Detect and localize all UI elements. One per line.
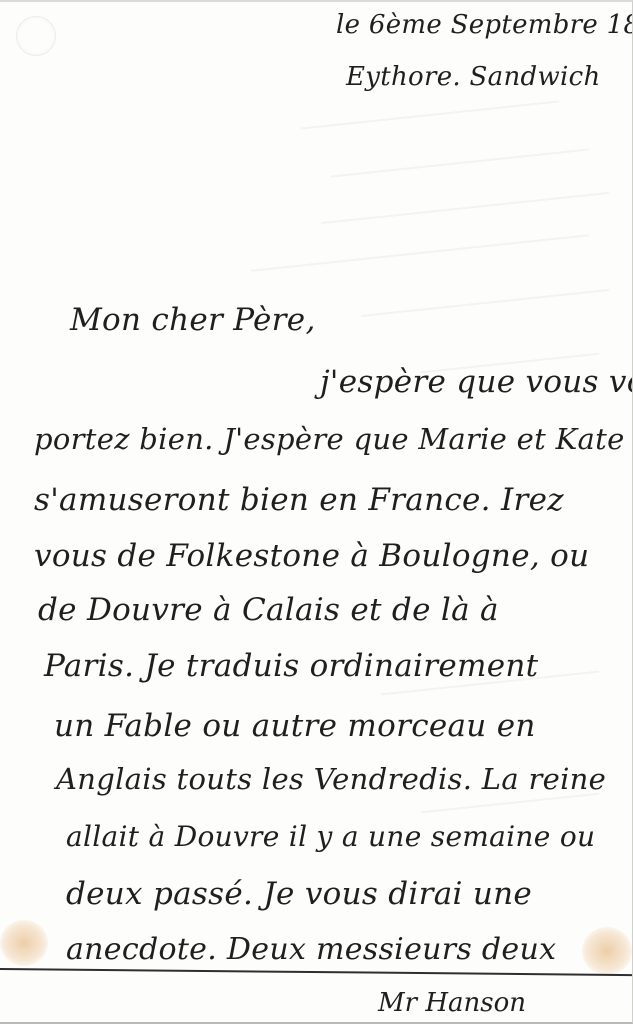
- body-line: allait à Douvre il y a une semaine ou: [66, 820, 595, 853]
- body-line: j'espère que vous vous: [320, 364, 633, 400]
- body-line: anecdote. Deux messieurs deux: [66, 932, 556, 967]
- place-line: Eythore. Sandwich: [346, 62, 601, 92]
- body-line: de Douvre à Calais et de là à: [38, 592, 499, 628]
- embossed-stamp: [16, 16, 56, 56]
- body-line: un Fable ou autre morceau en: [54, 708, 536, 744]
- salutation: Mon cher Père,: [70, 302, 316, 338]
- show-through-mark: [251, 234, 589, 272]
- body-line: deux passé. Je vous dirai une: [66, 876, 532, 912]
- letter-page: le 6ème Septembre 1850 Eythore. Sandwich…: [0, 0, 633, 1024]
- foxing-stain-right: [582, 927, 632, 975]
- fold-line: [0, 968, 633, 976]
- show-through-mark: [361, 289, 610, 317]
- show-through-mark: [331, 148, 590, 177]
- date-line: le 6ème Septembre 1850: [336, 10, 633, 40]
- body-line: s'amuseront bien en France. Irez: [34, 482, 564, 518]
- show-through-mark: [301, 100, 560, 129]
- body-line: Paris. Je traduis ordinairement: [44, 648, 538, 684]
- addressee: Mr Hanson: [378, 988, 526, 1018]
- body-line: portez bien. J'espère que Marie et Kate: [34, 422, 625, 456]
- foxing-stain-left: [0, 920, 48, 966]
- body-line: Anglais touts les Vendredis. La reine: [56, 762, 606, 796]
- body-line: vous de Folkestone à Boulogne, ou: [34, 538, 589, 574]
- show-through-mark: [321, 192, 610, 224]
